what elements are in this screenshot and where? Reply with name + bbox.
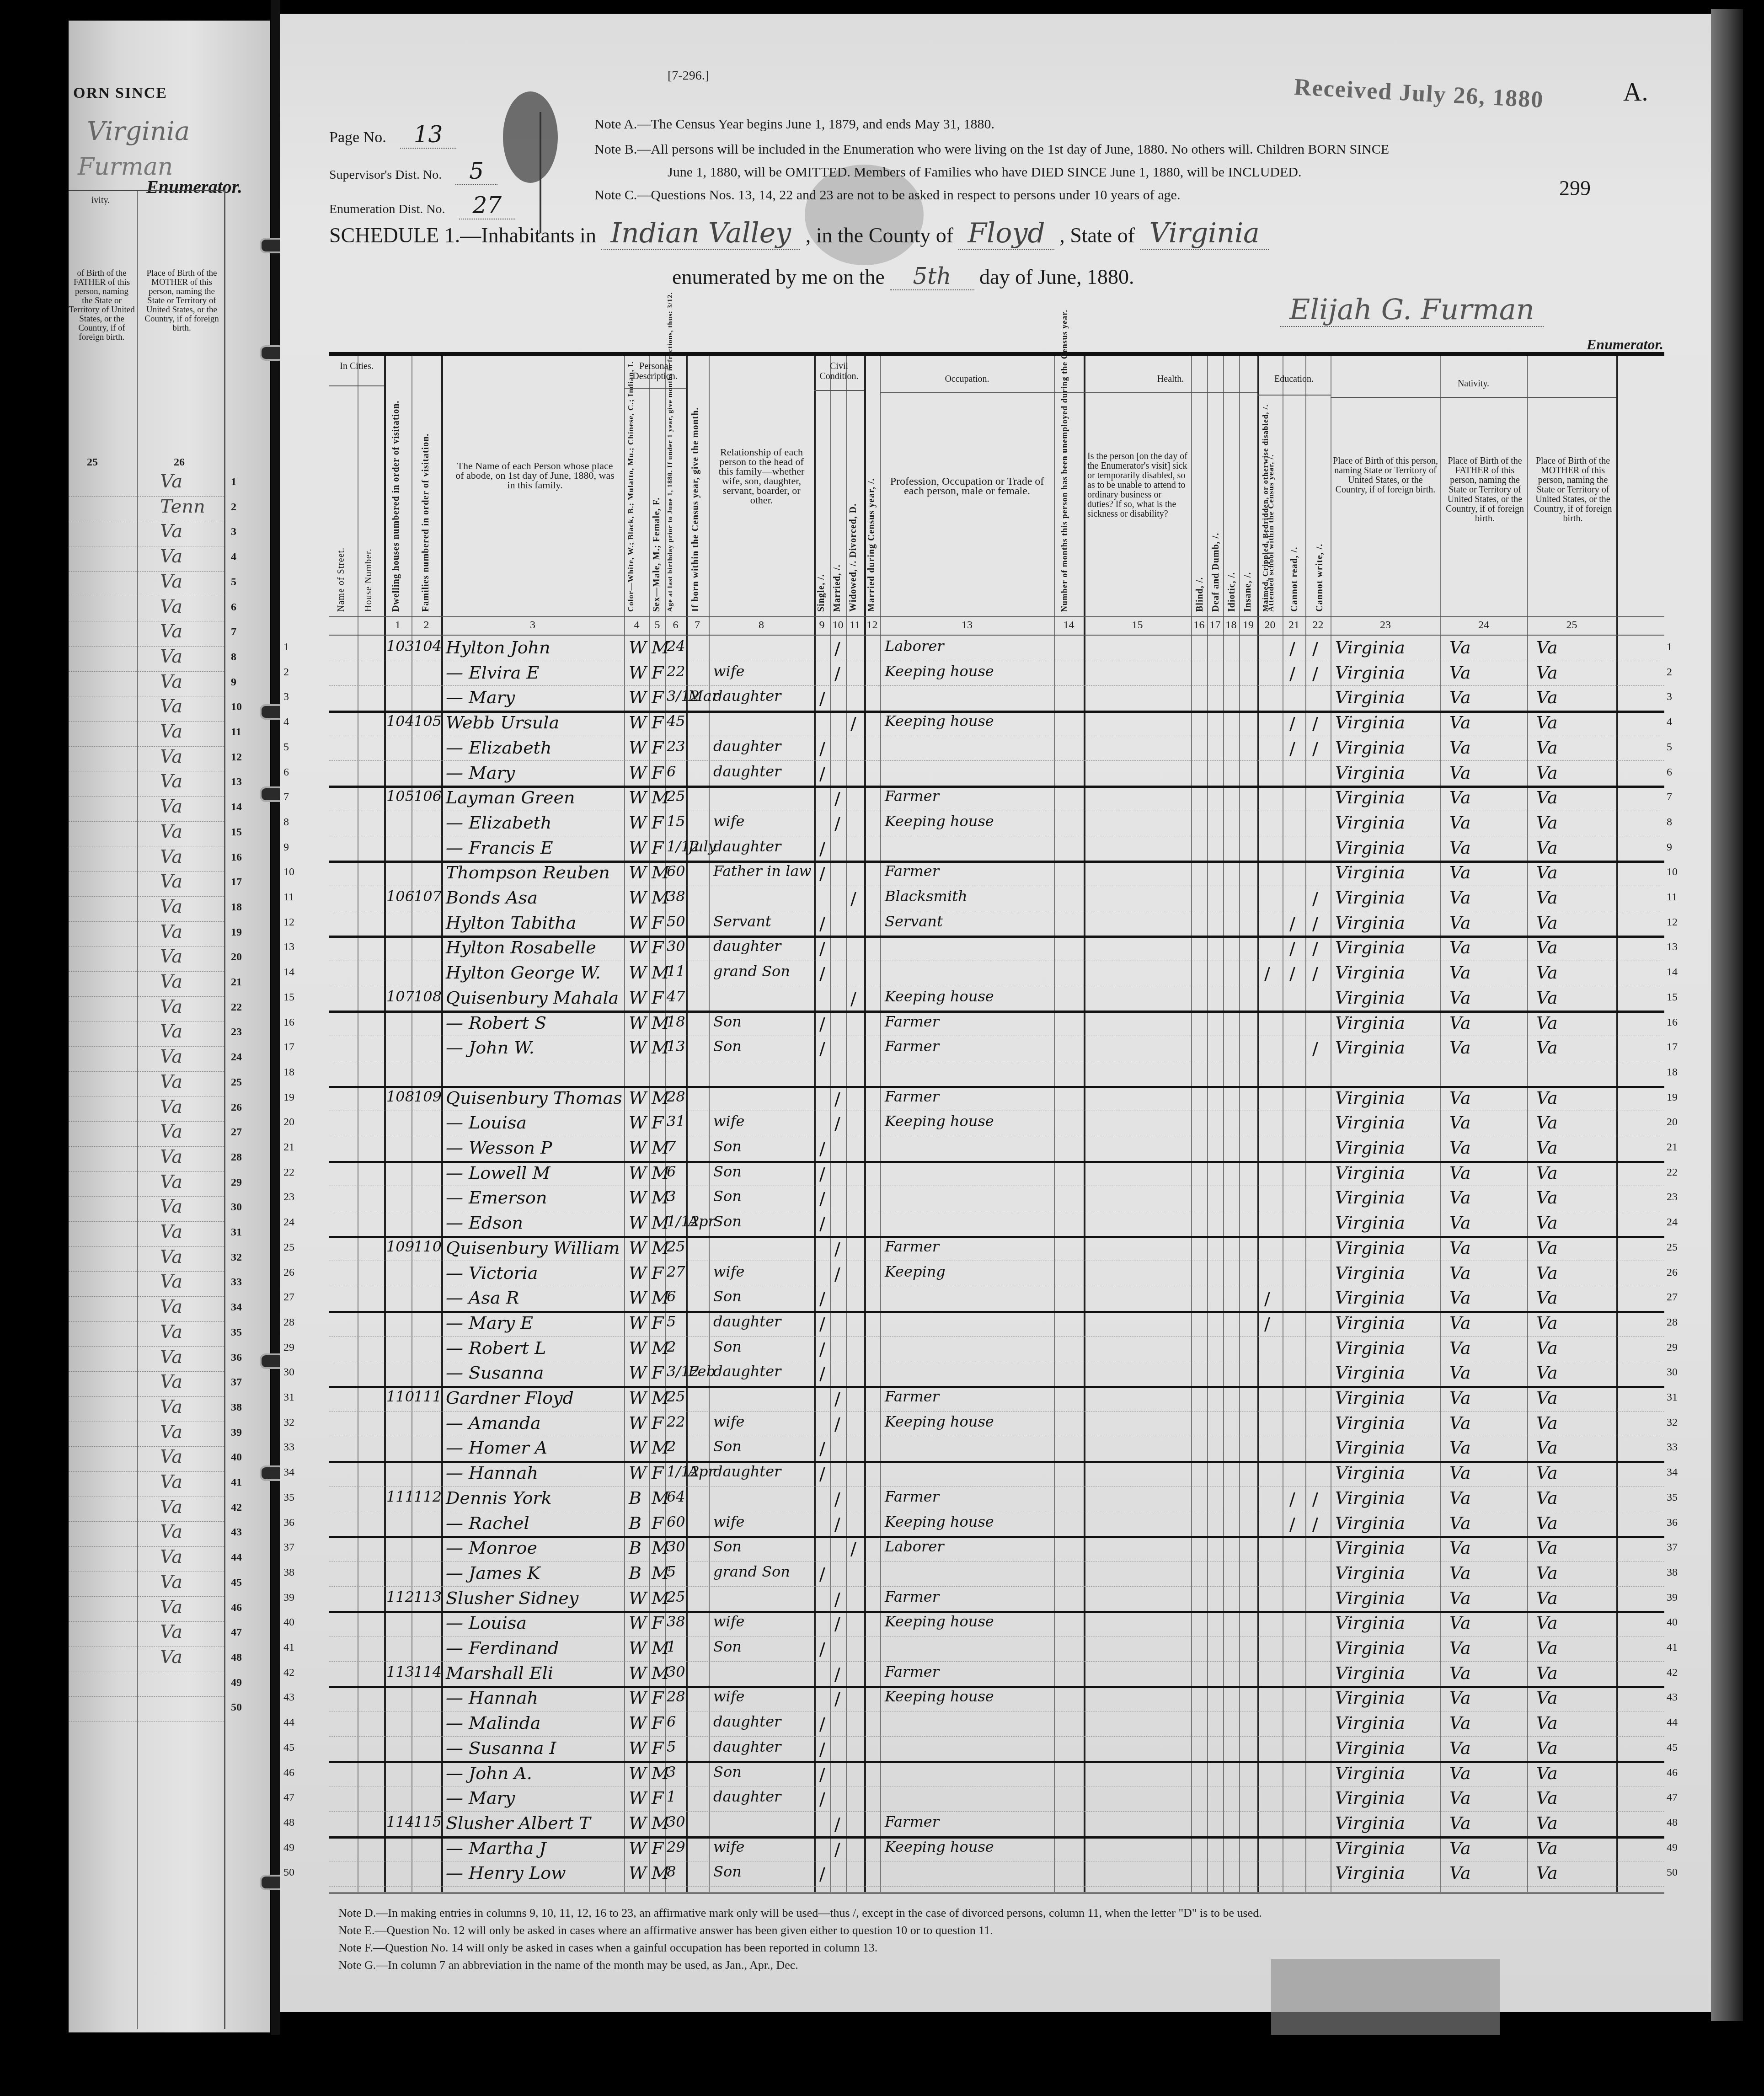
cannot-read-mark: / — [1289, 713, 1295, 733]
color-code: W — [629, 1263, 647, 1283]
line-number: 38 — [283, 1567, 294, 1579]
person-name: — Robert S — [446, 1013, 546, 1033]
color-code: W — [629, 787, 647, 807]
age: 8 — [667, 1863, 676, 1880]
header-col24: Place of Birth of this person, naming St… — [1333, 456, 1438, 495]
column-number: 19 — [1239, 619, 1257, 631]
widowed-mark: / — [850, 1539, 856, 1559]
family-number: 106 — [414, 787, 442, 805]
line-number: 33 — [283, 1441, 294, 1454]
line-number: 13 — [1667, 941, 1678, 953]
left-fragment-row: Tenn — [69, 496, 224, 522]
father-birthplace: Va — [1449, 862, 1471, 882]
age: 27 — [667, 1263, 685, 1280]
birthplace: Virginia — [1335, 1037, 1405, 1058]
left-born-since-text: ORN SINCE — [73, 85, 167, 102]
left-line-number: 34 — [231, 1301, 242, 1314]
left-mother-birthplace: Va — [160, 1621, 182, 1642]
left-mother-birthplace: Va — [160, 1347, 182, 1368]
age: 60 — [667, 862, 685, 880]
table-row: 2626— VictoriaWF27wife/KeepingVirginiaVa… — [329, 1261, 1664, 1287]
table-row: 77105106Layman GreenWM25/FarmerVirginiaV… — [329, 786, 1664, 811]
age: 28 — [667, 1088, 685, 1105]
table-row: 1414Hylton George W.WM11grand Son////Vir… — [329, 961, 1664, 986]
mother-birthplace: Va — [1536, 1388, 1558, 1408]
cannot-write-mark: / — [1312, 914, 1318, 934]
father-birthplace: Va — [1449, 1713, 1471, 1733]
group-rule — [814, 390, 864, 391]
mother-birthplace: Va — [1536, 1513, 1558, 1533]
cannot-write-mark: / — [1312, 963, 1318, 984]
sex-code: F — [652, 1112, 663, 1133]
left-col25-header: of Birth of the FATHER of this person, n… — [69, 269, 135, 342]
left-line-number: 7 — [231, 626, 236, 638]
age: 1 — [667, 1788, 676, 1805]
sex-code: F — [652, 1313, 663, 1333]
father-birthplace: Va — [1449, 637, 1471, 658]
dwelling-number: 107 — [386, 988, 414, 1005]
header-col2: Families numbered in order of visitation… — [421, 433, 431, 612]
relationship: wife — [713, 1112, 744, 1130]
left-line-number: 46 — [231, 1602, 242, 1614]
header-col22: Cannot read, /. — [1289, 507, 1300, 612]
family-number: 115 — [414, 1813, 442, 1830]
occupation: Keeping house — [885, 1838, 994, 1855]
age: 5 — [667, 1313, 676, 1330]
cannot-write-mark: / — [1312, 638, 1318, 658]
single-mark: / — [819, 863, 825, 883]
relationship: Son — [713, 1288, 742, 1305]
mother-birthplace: Va — [1536, 1563, 1558, 1583]
mother-birthplace: Va — [1536, 988, 1558, 1008]
sex-code: F — [652, 1713, 663, 1733]
father-birthplace: Va — [1449, 1013, 1471, 1033]
color-code: W — [629, 1388, 647, 1408]
occupation: Keeping house — [885, 1112, 994, 1130]
table-row: 2121— Wesson PWM7Son/VirginiaVaVa — [329, 1136, 1664, 1163]
color-code: W — [629, 962, 647, 983]
column-number: 12 — [864, 619, 880, 631]
age: 5 — [667, 1563, 676, 1580]
person-name: — Susanna — [446, 1363, 544, 1383]
page-edge-shadow — [1711, 9, 1743, 2021]
left-line-number: 31 — [231, 1226, 242, 1239]
line-number: 37 — [1667, 1541, 1678, 1554]
age: 1 — [667, 1638, 676, 1655]
left-line-number: 42 — [231, 1502, 242, 1514]
dwelling-number: 110 — [386, 1388, 414, 1405]
left-mother-birthplace: Va — [160, 796, 182, 817]
relationship: daughter — [713, 1363, 781, 1380]
cannot-write-mark: / — [1312, 1489, 1318, 1509]
table-row: 2323— EmersonWM3Son/VirginiaVaVa — [329, 1186, 1664, 1211]
left-mother-birthplace: Va — [160, 821, 182, 842]
married-mark: / — [834, 1389, 840, 1409]
sex-code: F — [652, 937, 663, 957]
color-code: W — [629, 1112, 647, 1133]
line-number: 38 — [1667, 1567, 1678, 1579]
left-mother-birthplace: Va — [160, 921, 182, 942]
family-number: 112 — [414, 1488, 442, 1505]
occupation: Blacksmith — [885, 888, 968, 905]
left-mother-birthplace: Va — [160, 1021, 182, 1042]
line-number: 36 — [1667, 1517, 1678, 1529]
mother-birthplace: Va — [1536, 1363, 1558, 1383]
group-nativity: Nativity. — [1331, 379, 1616, 389]
color-code: W — [629, 862, 647, 882]
left-fragment-row: Va — [69, 1271, 224, 1297]
single-mark: / — [819, 1164, 825, 1184]
left-line-number: 4 — [231, 551, 236, 563]
person-name: — Amanda — [446, 1413, 541, 1433]
person-name: — Elvira E — [446, 663, 539, 683]
person-name: Layman Green — [446, 787, 575, 807]
table-row: 4646— John A.WM3Son/VirginiaVaVa — [329, 1761, 1664, 1787]
left-mother-birthplace: Va — [160, 471, 182, 492]
line-number: 1 — [283, 641, 289, 653]
occupation: Keeping house — [885, 1688, 994, 1705]
enumeration-date-line: enumerated by me on the 5th day of June,… — [672, 263, 1134, 289]
single-mark: / — [819, 963, 825, 984]
mother-birthplace: Va — [1536, 1638, 1558, 1658]
age: 31 — [667, 1112, 685, 1130]
dwelling-number: 106 — [386, 888, 414, 905]
line-number: 20 — [1667, 1116, 1678, 1128]
line-number: 17 — [283, 1041, 294, 1053]
age: 5 — [667, 1738, 676, 1755]
table-row: 2727— Asa RWM6Son//VirginiaVaVa — [329, 1286, 1664, 1313]
person-name: Hylton Tabitha — [446, 913, 576, 933]
mother-birthplace: Va — [1536, 838, 1558, 858]
relationship: daughter — [713, 1463, 781, 1480]
birthplace: Virginia — [1335, 1488, 1405, 1508]
relationship: Father in law — [713, 862, 812, 880]
left-fragment-row: Va — [69, 621, 224, 647]
table-row: 3030— SusannaWF3/12Febdaughter/VirginiaV… — [329, 1361, 1664, 1388]
left-fragment-row: Va — [69, 946, 224, 972]
relationship: Son — [713, 1138, 742, 1155]
father-birthplace: Va — [1449, 1338, 1471, 1358]
sex-code: F — [652, 913, 663, 933]
person-name: — Louisa — [446, 1613, 527, 1633]
line-number: 34 — [283, 1466, 294, 1479]
birthplace: Virginia — [1335, 1713, 1405, 1733]
father-birthplace: Va — [1449, 937, 1471, 957]
person-name: — Wesson P — [446, 1138, 552, 1158]
birthplace: Virginia — [1335, 1263, 1405, 1283]
single-mark: / — [819, 1464, 825, 1484]
left-line-number: 14 — [231, 801, 242, 813]
relationship: grand Son — [713, 962, 790, 980]
left-fragment-row: Va — [69, 1497, 224, 1522]
birthplace: Virginia — [1335, 637, 1405, 658]
age: 30 — [667, 1813, 685, 1830]
father-birthplace: Va — [1449, 1688, 1471, 1708]
line-number: 50 — [283, 1866, 294, 1879]
line-number: 27 — [283, 1291, 294, 1304]
tape-patch — [1271, 1959, 1500, 2046]
birthplace: Virginia — [1335, 862, 1405, 882]
single-mark: / — [819, 1038, 825, 1059]
age: 6 — [667, 1163, 676, 1180]
left-mother-birthplace: Va — [160, 1497, 182, 1518]
left-mother-birthplace: Va — [160, 521, 182, 542]
left-line-number: 1 — [231, 476, 236, 488]
relationship: grand Son — [713, 1563, 790, 1580]
left-line-number: 27 — [231, 1126, 242, 1139]
person-name: Quisenbury William — [446, 1238, 620, 1258]
left-fragment-row: Va — [69, 1446, 224, 1472]
father-birthplace: Va — [1449, 1313, 1471, 1333]
left-line-number: 45 — [231, 1577, 242, 1589]
left-fragment-row: Va — [69, 871, 224, 897]
left-fragment-table: ivity. of Birth of the FATHER of this pe… — [69, 190, 225, 2029]
left-fragment-row: Va — [69, 1146, 224, 1172]
left-fragment-row: Va — [69, 1347, 224, 1372]
birthplace: Virginia — [1335, 1638, 1405, 1658]
person-name: — Asa R — [446, 1288, 519, 1308]
married-mark: / — [834, 1239, 840, 1259]
column-number: 1 — [384, 619, 412, 631]
column-number: 21 — [1283, 619, 1305, 631]
enumerated-suffix: day of June, 1880. — [979, 265, 1134, 289]
left-mother-birthplace: Va — [160, 1296, 182, 1317]
age: 3 — [667, 1187, 676, 1205]
married-mark: / — [834, 1614, 840, 1634]
line-number: 4 — [1667, 716, 1672, 728]
birthplace: Virginia — [1335, 1338, 1405, 1358]
occupation: Keeping house — [885, 1513, 994, 1530]
color-code: W — [629, 712, 647, 733]
column-number: 25 — [1527, 619, 1616, 631]
line-number: 15 — [283, 991, 294, 1004]
left-line-number: 18 — [231, 901, 242, 914]
person-name: Hylton Rosabelle — [446, 937, 596, 957]
father-birthplace: Va — [1449, 1112, 1471, 1133]
age: 18 — [667, 1013, 685, 1030]
mother-birthplace: Va — [1536, 1187, 1558, 1208]
line-number: 22 — [283, 1166, 294, 1179]
color-code: B — [629, 1513, 641, 1533]
dwelling-number: 104 — [386, 712, 414, 730]
person-name: — Emerson — [446, 1187, 547, 1208]
line-number: 50 — [1667, 1866, 1678, 1879]
group-occupation: Occupation. — [880, 374, 1054, 384]
group-rule — [1084, 392, 1257, 393]
left-line-number: 5 — [231, 576, 236, 588]
relationship: daughter — [713, 1738, 781, 1755]
age: 15 — [667, 813, 685, 830]
table-row: 3636— RachelBF60wife/Keeping house//Virg… — [329, 1511, 1664, 1539]
cannot-read-mark: / — [1289, 738, 1295, 759]
mother-birthplace: Va — [1536, 913, 1558, 933]
color-code: W — [629, 1638, 647, 1658]
person-name: Gardner Floyd — [446, 1388, 574, 1408]
left-fragment-row: Va — [69, 1121, 224, 1147]
left-line-number: 24 — [231, 1051, 242, 1064]
table-row: 33— MaryWF3/12Mardaughter/VirginiaVaVa — [329, 685, 1664, 713]
person-name: — John W. — [446, 1037, 535, 1058]
line-number: 30 — [283, 1366, 294, 1379]
form-code: [7-296.] — [668, 69, 709, 83]
dwelling-number: 113 — [386, 1663, 414, 1680]
left-fragment-row: Va — [69, 1021, 224, 1047]
age: 30 — [667, 1663, 685, 1680]
header-col18: Idiotic, /. — [1227, 548, 1237, 612]
person-name: Webb Ursula — [446, 712, 559, 733]
left-mother-birthplace: Va — [160, 1071, 182, 1092]
color-code: W — [629, 1013, 647, 1033]
age: 22 — [667, 1413, 685, 1430]
birthplace: Virginia — [1335, 1112, 1405, 1133]
father-birthplace: Va — [1449, 1187, 1471, 1208]
left-fragment-row: Va — [69, 896, 224, 922]
line-number: 34 — [1667, 1466, 1678, 1479]
birthplace: Virginia — [1335, 813, 1405, 833]
person-name: Hylton John — [446, 637, 551, 658]
mother-birthplace: Va — [1536, 687, 1558, 707]
dwelling-number: 109 — [386, 1238, 414, 1255]
line-number: 19 — [283, 1091, 294, 1104]
occupation: Keeping house — [885, 1413, 994, 1430]
left-mother-birthplace: Va — [160, 1321, 182, 1342]
married-mark: / — [834, 1113, 840, 1134]
father-birthplace: Va — [1449, 1363, 1471, 1383]
color-code: W — [629, 813, 647, 833]
color-code: W — [629, 1713, 647, 1733]
corner-letter: A. — [1623, 78, 1648, 107]
left-col26-header: Place of Birth of the MOTHER of this per… — [142, 269, 222, 333]
relationship: wife — [713, 1688, 744, 1705]
line-number: 28 — [283, 1316, 294, 1329]
line-number: 11 — [1667, 891, 1677, 904]
birthplace: Virginia — [1335, 1138, 1405, 1158]
left-mother-birthplace: Va — [160, 1246, 182, 1267]
birthplace: Virginia — [1335, 738, 1405, 758]
mother-birthplace: Va — [1536, 1213, 1558, 1233]
table-row: 2424— EdsonWM1/12AprSon/VirginiaVaVa — [329, 1211, 1664, 1238]
age: 25 — [667, 1588, 685, 1605]
left-mother-birthplace: Va — [160, 1121, 182, 1142]
birthplace: Virginia — [1335, 1363, 1405, 1383]
line-number: 14 — [283, 966, 294, 978]
family-number: 107 — [414, 888, 442, 905]
left-mother-birthplace: Va — [160, 1171, 182, 1192]
person-name: — Lowell M — [446, 1163, 551, 1183]
single-mark: / — [819, 1188, 825, 1208]
birthplace: Virginia — [1335, 1738, 1405, 1758]
person-name: — Louisa — [446, 1112, 527, 1133]
married-mark: / — [834, 1414, 840, 1434]
cannot-write-mark: / — [1312, 1038, 1318, 1059]
father-birthplace: Va — [1449, 1238, 1471, 1258]
person-name: — Homer A — [446, 1438, 547, 1458]
group-rule — [1331, 397, 1616, 398]
relationship: wife — [713, 663, 744, 680]
occupation: Farmer — [885, 1663, 939, 1680]
father-birthplace: Va — [1449, 1838, 1471, 1858]
table-row: 3737— MonroeBM30Son/LaborerVirginiaVaVa — [329, 1536, 1664, 1561]
left-line-number: 16 — [231, 851, 242, 864]
age: 13 — [667, 1037, 685, 1055]
left-mother-birthplace: Va — [160, 1096, 182, 1118]
line-number: 20 — [283, 1116, 294, 1128]
line-number: 43 — [1667, 1691, 1678, 1704]
left-line-number: 40 — [231, 1451, 242, 1464]
age: 3 — [667, 1763, 676, 1781]
occupation: Farmer — [885, 1013, 939, 1030]
relationship: Son — [713, 1638, 742, 1655]
column-number: 18 — [1223, 619, 1239, 631]
single-mark: / — [819, 688, 825, 708]
left-line-number: 50 — [231, 1701, 242, 1714]
widowed-mark: / — [850, 888, 856, 909]
occupation: Keeping house — [885, 1613, 994, 1630]
supervisor-dist-field: Supervisor's Dist. No.5 — [329, 158, 497, 184]
census-table: In Cities. Personal Description. Civil C… — [329, 352, 1664, 1894]
relationship: wife — [713, 1263, 744, 1280]
married-mark: / — [834, 1489, 840, 1509]
birthplace: Virginia — [1335, 962, 1405, 983]
color-code: W — [629, 1187, 647, 1208]
father-birthplace: Va — [1449, 1138, 1471, 1158]
column-number: 4 — [624, 619, 649, 631]
left-fragment-row: Va — [69, 746, 224, 772]
left-fragment-row: Va — [69, 1396, 224, 1422]
sex-code: F — [652, 838, 663, 858]
single-mark: / — [819, 1339, 825, 1359]
birthplace: Virginia — [1335, 1613, 1405, 1633]
left-line-number: 26 — [231, 1101, 242, 1114]
header-col9: Single, /. — [816, 552, 827, 612]
relationship: wife — [713, 1838, 744, 1855]
color-code: W — [629, 1763, 647, 1783]
age: 6 — [667, 763, 676, 780]
line-number: 48 — [1667, 1817, 1678, 1829]
line-number: 1 — [1667, 641, 1672, 653]
relationship: Son — [713, 1037, 742, 1055]
line-number: 41 — [1667, 1642, 1678, 1654]
cannot-write-mark: / — [1312, 888, 1318, 909]
father-birthplace: Va — [1449, 663, 1471, 683]
table-row: 3939112113Slusher SidneyWM25/FarmerVirgi… — [329, 1586, 1664, 1614]
relationship: Son — [713, 1013, 742, 1030]
age: 25 — [667, 1238, 685, 1255]
left-fragment-row: Va — [69, 1296, 224, 1322]
father-birthplace: Va — [1449, 1663, 1471, 1683]
header-col1: Dwelling houses numbered in order of vis… — [391, 408, 401, 612]
note-d: Note D.—In making entries in columns 9, … — [338, 1904, 1262, 1922]
married-mark: / — [834, 1814, 840, 1834]
person-name: — Edson — [446, 1213, 523, 1233]
column-number: 23 — [1331, 619, 1440, 631]
line-number: 10 — [283, 866, 294, 878]
line-number: 49 — [283, 1842, 294, 1854]
occupation: Servant — [885, 913, 943, 930]
mother-birthplace: Va — [1536, 1288, 1558, 1308]
mother-birthplace: Va — [1536, 1738, 1558, 1758]
left-line-number: 10 — [231, 701, 242, 713]
father-birthplace: Va — [1449, 1788, 1471, 1808]
left-fragment-row: Va — [69, 1246, 224, 1272]
scan-background — [0, 2035, 1764, 2096]
left-mother-birthplace: Va — [160, 996, 182, 1017]
father-birthplace: Va — [1449, 1463, 1471, 1483]
line-number: 39 — [1667, 1592, 1678, 1604]
married-mark: / — [834, 1514, 840, 1534]
column-number: 14 — [1054, 619, 1084, 631]
left-mother-birthplace: Va — [160, 1196, 182, 1217]
